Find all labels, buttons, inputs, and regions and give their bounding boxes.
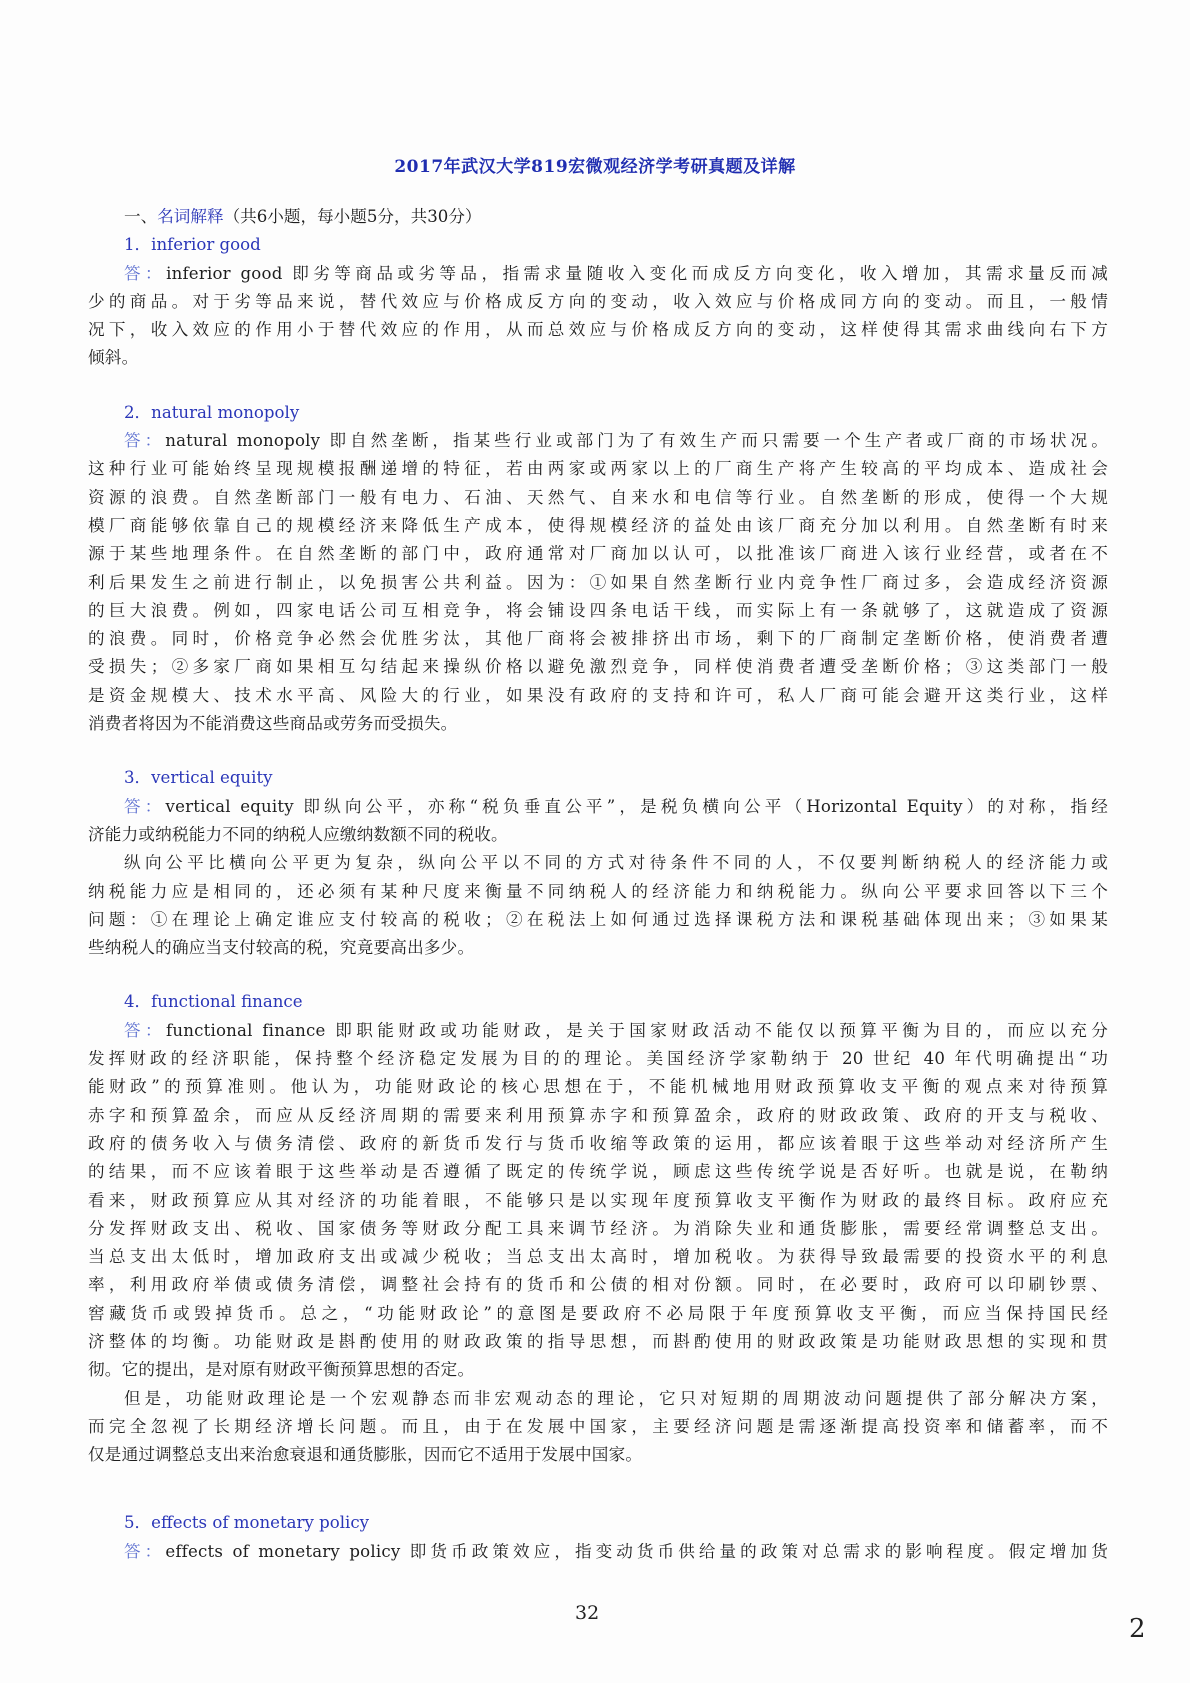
term-item-1: 1．inferior good 答：inferior good 即劣等商品或劣等…: [88, 231, 1108, 372]
answer-line: 是资金规模大、技术水平高、风险大的行业，如果没有政府的支持和许可，私人厂商可能会…: [88, 682, 1108, 710]
spacer: [88, 1469, 1108, 1509]
answer-line: 模厂商能够依靠自己的规模经济来降低生产成本，使得规模经济的益处由该厂商充分加以利…: [88, 512, 1108, 540]
answer-line: 答：inferior good 即劣等商品或劣等品，指需求量随收入变化而成反方向…: [88, 260, 1108, 288]
term-number: 3．: [124, 768, 151, 787]
answer-line: 仅是通过调整总支出来治愈衰退和通货膨胀，因而它不适用于发展中国家。: [88, 1441, 1108, 1469]
document-title: 2017年武汉大学819宏微观经济学考研真题及详解: [0, 152, 1190, 177]
answer-line: 源于某些地理条件。在自然垄断的部门中，政府通常对厂商加以认可，以批准该厂商进入该…: [88, 540, 1108, 568]
term-number: 4．: [124, 992, 151, 1011]
term-title: inferior good: [151, 235, 261, 254]
answer-line: 利后果发生之前进行制止，以免损害公共利益。因为：①如果自然垄断行业内竞争性厂商过…: [88, 569, 1108, 597]
answer-line: 而完全忽视了长期经济增长问题。而且，由于在发展中国家，主要经济问题是需逐渐提高投…: [88, 1413, 1108, 1441]
answer-line: 的浪费。同时，价格竞争必然会优胜劣汰，其他厂商将会被排挤出市场，剩下的厂商制定垄…: [88, 625, 1108, 653]
answer-line: 倾斜。: [88, 344, 1108, 372]
answer-line: 赤字和预算盈余，而应从反经济周期的需要来利用预算赤字和预算盈余，政府的财政政策、…: [88, 1102, 1108, 1130]
spacer: [88, 962, 1108, 988]
answer-label: 答：: [124, 431, 165, 450]
answer-line: 这种行业可能始终呈现规模报酬递增的特征，若由两家或两家以上的厂商生产将产生较高的…: [88, 455, 1108, 483]
answer-label: 答：: [124, 264, 166, 283]
answer-line: 答：functional finance 即职能财政或功能财政，是关于国家财政活…: [88, 1017, 1108, 1045]
answer-line: 况下，收入效应的作用小于替代效应的作用，从而总效应与价格成反方向的变动，这样使得…: [88, 316, 1108, 344]
document-page: 2017年武汉大学819宏微观经济学考研真题及详解 一、名词解释（共6小题，每小…: [0, 0, 1190, 1683]
answer-label: 答：: [124, 1021, 166, 1040]
term-heading: 5．effects of monetary policy: [88, 1509, 1108, 1537]
document-body: 一、名词解释（共6小题，每小题5分，共30分） 1．inferior good …: [88, 203, 1108, 1566]
answer-line: 纳税能力应是相同的，还必须有某种尺度来衡量不同纳税人的经济能力和纳税能力。纵向公…: [88, 878, 1108, 906]
term-heading: 4．functional finance: [88, 988, 1108, 1016]
answer-line: 受损失；②多家厂商如果相互勾结起来操纵价格以避免激烈竞争，同样使消费者遭受垄断价…: [88, 653, 1108, 681]
term-heading: 1．inferior good: [88, 231, 1108, 259]
answer-line: 纵向公平比横向公平更为复杂，纵向公平以不同的方式对待条件不同的人，不仅要判断纳税…: [88, 849, 1108, 877]
answer-line: 答：vertical equity 即纵向公平，亦称“税负垂直公平”，是税负横向…: [88, 793, 1108, 821]
section-note: （共6小题，每小题5分，共30分）: [224, 207, 482, 226]
answer-line: 但是，功能财政理论是一个宏观静态而非宏观动态的理论，它只对短期的周期波动问题提供…: [88, 1385, 1108, 1413]
answer-line: 济整体的均衡。功能财政是斟酌使用的财政政策的指导思想，而斟酌使用的财政政策是功能…: [88, 1328, 1108, 1356]
term-title: natural monopoly: [151, 403, 299, 422]
answer-line: 资源的浪费。自然垄断部门一般有电力、石油、天然气、自来水和电信等行业。自然垄断的…: [88, 484, 1108, 512]
answer-line: 问题：①在理论上确定谁应支付较高的税收；②在税法上如何通过选择课税方法和课税基础…: [88, 906, 1108, 934]
term-item-4: 4．functional finance 答：functional financ…: [88, 988, 1108, 1469]
answer-line: 分发挥财政支出、税收、国家债务等财政分配工具来调节经济。为消除失业和通货膨胀，需…: [88, 1215, 1108, 1243]
answer-line: 的巨大浪费。例如，四家电话公司互相竞争，将会铺设四条电话干线，而实际上有一条就够…: [88, 597, 1108, 625]
term-title: functional finance: [151, 992, 302, 1011]
term-item-3: 3．vertical equity 答：vertical equity 即纵向公…: [88, 764, 1108, 962]
corner-page-number: 2: [1129, 1614, 1146, 1644]
answer-line: 消费者将因为不能消费这些商品或劳务而受损失。: [88, 710, 1108, 738]
answer-line: 答：effects of monetary policy 即货币政策效应，指变动…: [88, 1538, 1108, 1566]
answer-label: 答：: [124, 797, 166, 816]
section-name: 名词解释: [157, 207, 223, 226]
term-number: 5．: [124, 1513, 151, 1532]
page-number: 32: [575, 1602, 599, 1624]
answer-line: 政府的债务收入与债务清偿、政府的新货币发行与货币收缩等政策的运用，都应该着眼于这…: [88, 1130, 1108, 1158]
answer-label: 答：: [124, 1542, 165, 1561]
spacer: [88, 373, 1108, 399]
answer-line: 能财政”的预算准则。他认为，功能财政论的核心思想在于，不能机械地用财政预算收支平…: [88, 1073, 1108, 1101]
answer-line: 彻。它的提出，是对原有财政平衡预算思想的否定。: [88, 1356, 1108, 1384]
answer-line: 窖藏货币或毁掉货币。总之，“功能财政论”的意图是要政府不必局限于年度预算收支平衡…: [88, 1300, 1108, 1328]
answer-line: 些纳税人的确应当支付较高的税，究竟要高出多少。: [88, 934, 1108, 962]
section-heading: 一、名词解释（共6小题，每小题5分，共30分）: [88, 203, 1108, 231]
answer-line: 答：natural monopoly 即自然垄断，指某些行业或部门为了有效生产而…: [88, 427, 1108, 455]
term-title: vertical equity: [151, 768, 272, 787]
term-number: 2．: [124, 403, 151, 422]
answer-line: 的结果，而不应该着眼于这些举动是否遵循了既定的传统学说，顾虑这些传统学说是否好听…: [88, 1158, 1108, 1186]
spacer: [88, 738, 1108, 764]
answer-line: 济能力或纳税能力不同的纳税人应缴纳数额不同的税收。: [88, 821, 1108, 849]
answer-line: 发挥财政的经济职能，保持整个经济稳定发展为目的的理论。美国经济学家勒纳于 20 …: [88, 1045, 1108, 1073]
term-item-5: 5．effects of monetary policy 答：effects o…: [88, 1509, 1108, 1566]
section-prefix: 一、: [124, 207, 157, 226]
answer-line: 当总支出太低时，增加政府支出或减少税收；当总支出太高时，增加税收。为获得导致最需…: [88, 1243, 1108, 1271]
term-heading: 3．vertical equity: [88, 764, 1108, 792]
answer-line: 看来，财政预算应从其对经济的功能着眼，不能够只是以实现年度预算收支平衡作为财政的…: [88, 1187, 1108, 1215]
answer-line: 率，利用政府举债或债务清偿，调整社会持有的货币和公债的相对份额。同时，在必要时，…: [88, 1271, 1108, 1299]
term-title: effects of monetary policy: [151, 1513, 369, 1532]
term-item-2: 2．natural monopoly 答：natural monopoly 即自…: [88, 399, 1108, 739]
term-number: 1．: [124, 235, 151, 254]
answer-line: 少的商品。对于劣等品来说，替代效应与价格成反方向的变动，收入效应与价格成同方向的…: [88, 288, 1108, 316]
term-heading: 2．natural monopoly: [88, 399, 1108, 427]
